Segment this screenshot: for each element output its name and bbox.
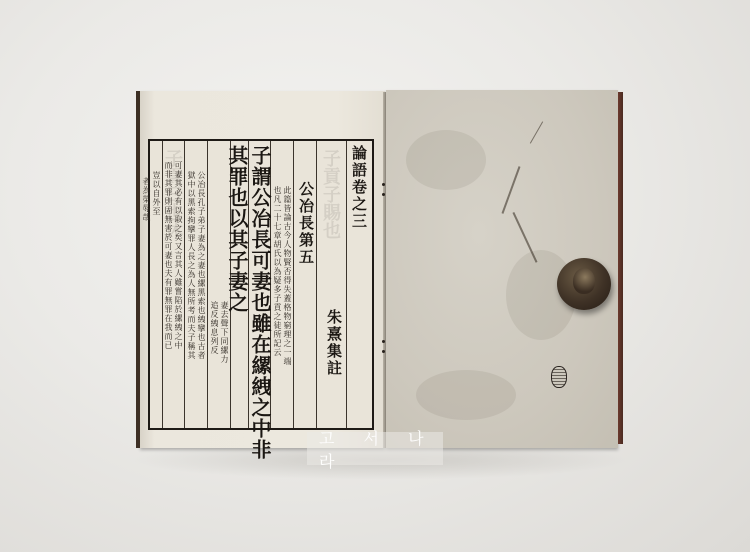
commentary-line: 豈以自外至 bbox=[152, 171, 161, 216]
annotator-credit: 朱熹集註 bbox=[325, 309, 342, 377]
commentary-line: 者為榮辱哉 bbox=[142, 177, 151, 222]
column-rule bbox=[316, 141, 317, 428]
left-page: 子貢子賜也 子貢日也休 論語卷之三 朱熹集註 公冶長第五 此篇皆論古今人物賢否得… bbox=[140, 91, 385, 448]
binding-hole bbox=[382, 193, 385, 196]
column-rule bbox=[184, 141, 185, 428]
watermark: 고 서 나 라 bbox=[307, 432, 443, 465]
commentary-line: 公冶長孔子弟子妻為之妻也縲黑索也絏攣也古者 bbox=[197, 171, 206, 360]
chapter-note: 也凡二十七章胡氏以為疑多子貢之徒所記云 bbox=[273, 186, 282, 357]
commentary-line: 而非其罪則固無害於可妻也夫有罪無罪在我而已 bbox=[164, 161, 173, 350]
chapter-note: 此篇皆論古今人物賢否得失蓋格物窮理之一端 bbox=[283, 186, 292, 366]
volume-title: 論語卷之三 bbox=[350, 145, 367, 230]
paper-crease bbox=[530, 121, 543, 143]
binding-hole bbox=[382, 183, 385, 186]
brass-weight bbox=[557, 258, 611, 310]
commentary-line: 可妻其必有以取之矣又言其人雖嘗陷於縲絏之中 bbox=[174, 161, 183, 350]
age-stain bbox=[416, 370, 516, 420]
book-cover-edge bbox=[618, 92, 623, 444]
bleed-through-text: 子貢子賜也 bbox=[320, 149, 340, 239]
ownership-seal-stamp bbox=[551, 366, 567, 388]
pronunciation-note: 追反絏息列反 bbox=[210, 301, 219, 355]
chapter-heading: 公冶長第五 bbox=[297, 181, 314, 266]
column-rule bbox=[346, 141, 347, 428]
main-text-line: 其罪也以其子妻之 bbox=[226, 145, 248, 313]
paper-crease bbox=[502, 166, 521, 214]
printed-text-frame: 子貢子賜也 子貢日也休 論語卷之三 朱熹集註 公冶長第五 此篇皆論古今人物賢否得… bbox=[148, 139, 374, 430]
pronunciation-note: 妻去聲下同縲力 bbox=[220, 301, 229, 364]
binding-hole bbox=[382, 340, 385, 343]
watermark-text: 고 서 나 라 bbox=[307, 426, 443, 472]
main-text-line: 子謂公冶長可妻也雖在縲絏之中非 bbox=[249, 145, 271, 460]
book-cover-edge bbox=[136, 91, 140, 448]
weight-knob bbox=[573, 268, 595, 294]
column-rule bbox=[207, 141, 208, 428]
commentary-line: 獄中以黑索拘攣罪人長之為人無所考而夫子稱其 bbox=[187, 171, 196, 360]
column-rule bbox=[293, 141, 294, 428]
age-stain bbox=[406, 130, 486, 190]
binding-hole bbox=[382, 350, 385, 353]
